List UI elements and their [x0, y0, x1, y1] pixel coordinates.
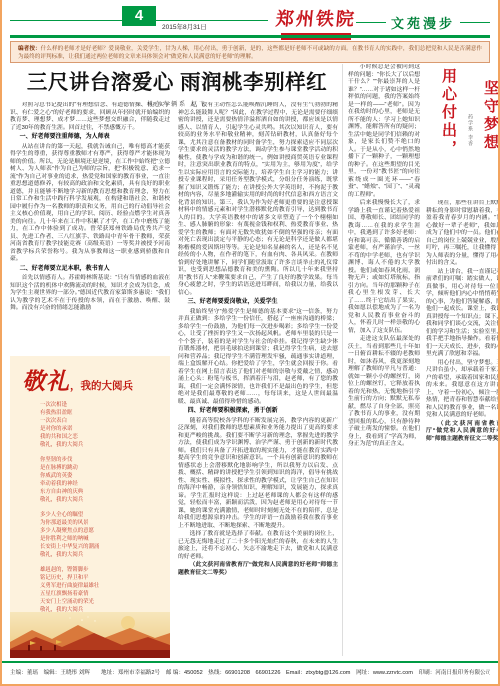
- section-rule-left: [356, 22, 386, 23]
- paragraph: 用心付出，坚守梦想。三尺讲台虽小，却承载着千家万户的希望，承载着国家和民族的未来…: [426, 360, 500, 420]
- header-thick-rule: [10, 35, 490, 38]
- poem-stanza: 雄赳赳的，铿锵脚步 铭记历史，捍卫和平 义勇军进行曲旋律最雄壮 五星红旗飘扬着豪…: [40, 566, 162, 614]
- page-number: 4: [135, 7, 143, 24]
- poem-line: 多少人凝聚焦点的意愿: [40, 527, 162, 535]
- newspaper-page: 4 2015年8月31日 郑州铁院 ZHENGZHOUTIEYUAN 文苑漫步 …: [0, 0, 500, 686]
- poem-line: 你威武的英姿: [40, 472, 162, 480]
- section-header: 文苑漫步: [356, 13, 490, 32]
- article2-column-1: 小时候总是会被问到这样的问题：“你长大了以后想干什么？”“你最崇拜的人是谁？”……: [348, 64, 420, 656]
- poem-line: 是在脉搏的跳动: [40, 464, 162, 472]
- poem-line: 敬礼，我的大阅兵: [40, 441, 162, 449]
- section-rule-right: [460, 22, 490, 23]
- poem-stanza: 多少人全心的瞩望 为你那道最美的风景 多少人凝聚焦点的意愿 是你胜利之师的呐喊 …: [40, 511, 162, 559]
- poem-line: 为你那道最美的风景: [40, 519, 162, 527]
- poem-line: 义勇军进行曲旋律最雄壮: [40, 582, 162, 590]
- article1-column-1: 对照习总书记提出的“有理想信念、有道德情操、有扎实学识、有仁爱之心”的好老师的要…: [10, 102, 170, 352]
- column-divider: [342, 64, 343, 656]
- poem-line: 东方自由神的庆典: [40, 488, 162, 496]
- footer-rule: [2, 661, 498, 663]
- poem-stanza: 你坚韧的步伐 是在脉搏的跳动 你威武的英姿 牵动着我的神经 东方自由神的庆典 敬…: [40, 456, 162, 504]
- header: 4 2015年8月31日 郑州铁院 ZHENGZHOUTIEYUAN 文苑漫步: [10, 5, 490, 35]
- article2-vertical-title: 用心付出， 药学系 李香 坚守梦想: [426, 66, 500, 196]
- poem-line: 牵动着我的神经: [40, 480, 162, 488]
- poem-body: 一次次相逢 有我热泪盈眶 一次次表白 是对你的承诺 我的共和国之恋 敬礼，我的大…: [10, 398, 170, 614]
- editor-note-box: 编者按：什么样的老师才是好老师？爱岗敬业，关爱学生，甘为人梯，用心付出，勇于创新…: [10, 41, 490, 63]
- poem-box: 敬礼，我的大阅兵 一次次相逢 有我热泪盈眶 一次次表白 是对你的承诺 我的共和国…: [10, 356, 170, 658]
- article2-byline: 药学系 李香: [467, 114, 474, 196]
- poem-title-calligraphy: 敬礼: [22, 368, 70, 395]
- poem-line: 你坚韧的步伐: [40, 456, 162, 464]
- award-note: （此文获河南省教育厅“做党和人民满意的好老师”师德主题教育征文二等奖）: [178, 562, 338, 577]
- poem-line: 我的共和国之恋: [40, 433, 162, 441]
- article2-title-part1: 用心付出，: [439, 68, 460, 196]
- poem-line: 是你胜利之师的呐喊: [40, 535, 162, 543]
- page-content: 三尺讲台溶爱心 雨润桃李别样红 机车车辆系 赵飞 对照习总书记提出的“有理想信念…: [10, 64, 490, 658]
- poem-line: 一次次表白: [40, 417, 162, 425]
- poem-line: 多少人全心的瞩望: [40, 511, 162, 519]
- paragraph: 选择了教育就是选择了奉献。在教育这个美丽的岗位上，已无怨无悔地走过了二十多个阳光…: [178, 531, 338, 561]
- poem-line: 敬礼，我的大阅兵: [40, 551, 162, 559]
- paragraph: 现在，那些在讲台上默默耕耘的身影时常慰藉着我，丰盈着我青春岁月的内涵。“甘心做好…: [426, 200, 500, 268]
- editor-note-text: 什么样的老师才是好老师？爱岗敬业，关爱学生，甘为人梯，用心付出，勇于创新，是的，…: [18, 46, 482, 60]
- article2-column-2: 现在，那些在讲台上默默耕耘的身影时常慰藉着我，丰盈着我青春岁月的内涵。“甘心做好…: [426, 200, 500, 656]
- editor-note-label: 编者按：: [18, 46, 41, 52]
- paragraph: 后来我慢慢长大了，求学路上我一直谨记着热爱祖国、尊敬师长、团结同学的教诲……在我…: [348, 200, 420, 335]
- masthead-title: 郑州铁院: [267, 5, 365, 31]
- article2-title-part2: 坚守梦想: [481, 80, 500, 196]
- page-number-box: 4: [122, 6, 156, 26]
- poem-line: 铭记历史，捍卫和平: [40, 574, 162, 582]
- article1-column-2: 人，没有主动性怎么能唤醒沉睡的人，没有生气勃勃的精神怎么能鼓舞人呢？”因此，在教…: [178, 102, 338, 656]
- footer-info: 主编：董瑶 编辑：王晓彤 刘辉 地址：郑州市幸福路2号 邮 编：450052 热…: [10, 668, 490, 676]
- paragraph: 对照习总书记提出的“有理想信念、有道德情操、有扎实学识、有仁爱之心”的好老师的要…: [10, 102, 170, 132]
- paragraph: 小时候总是会被问到这样的问题：“你长大了以后想干什么？”“你最崇拜的人是谁？”……: [348, 64, 420, 199]
- poem-line: 一次次相逢: [40, 401, 162, 409]
- issue-date: 2015年8月31日: [162, 22, 207, 31]
- paragraph: 走进这支队伍最深处的沃土，当看到那些几十年如一日俯首耕耘不辍的老教师时，如沐春风…: [348, 336, 420, 449]
- paragraph: 人，没有主动性怎么能唤醒沉睡的人，没有生气勃勃的精神怎么能鼓舞人呢？”因此，在教…: [178, 102, 338, 297]
- section-heading-4: 四、好老师要积极探索，勇于创新: [178, 408, 338, 416]
- poem-line: 雄赳赳的，铿锵脚步: [40, 566, 162, 574]
- section-heading-3: 三、好老师要爱岗敬业，关爱学生: [178, 299, 338, 307]
- paragraph: 随着高等院校各学科的不断发展完善，教学内容的更新广泛深刻，对我们教师的思想素质和…: [178, 418, 338, 531]
- paragraph: 我始终坚守“热爱学生是师德的基本要求”这一信条，努力并真正做到：多给学生一份信任…: [178, 309, 338, 407]
- poem-line: 长安街上中华复兴的潮涌: [40, 543, 162, 551]
- parade-illustration: [10, 612, 170, 658]
- paragraph: 首先以情感育人。苏霍姆林斯基说：“只有当情感的血液在知识这个活的机体中欢腾流动的…: [10, 275, 170, 313]
- poem-line: 是对你的承诺: [40, 425, 162, 433]
- poem-title-rest: ，我的大阅兵: [70, 380, 133, 392]
- section-title: 文苑漫步: [391, 13, 455, 32]
- award-note: （此文获河南省教育厅“做党和人民满意的好老师”师德主题教育征文二等奖）: [426, 421, 500, 444]
- article1-title: 三尺讲台溶爱心 雨润桃李别样红: [10, 65, 344, 95]
- poem-line: 有我热泪盈眶: [40, 409, 162, 417]
- paragraph: 站上讲台，我一直谨记着前辈们的叮嘱：踏实做人，认真做事，用心对待每一位同学，倾听…: [426, 269, 500, 359]
- section-heading-1: 一、好老师要注重师德，为人师表: [10, 134, 170, 142]
- section-heading-2: 二、好老师要立足本职，教书育人: [10, 266, 170, 274]
- poem-line: 五星红旗飘扬着豪情: [40, 590, 162, 598]
- poem-title: 敬礼，我的大阅兵: [10, 356, 170, 398]
- paragraph: 从站在讲台的第一天起，我就告诫自己，唯有德高才能获得学生的尊重，获得尊重教师才有…: [10, 144, 170, 264]
- poem-line: 敬礼，我的大阅兵: [40, 496, 162, 504]
- poem-line: 天安门上空涌动的荣光: [40, 598, 162, 606]
- poem-stanza: 一次次相逢 有我热泪盈眶 一次次表白 是对你的承诺 我的共和国之恋 敬礼，我的大…: [40, 401, 162, 449]
